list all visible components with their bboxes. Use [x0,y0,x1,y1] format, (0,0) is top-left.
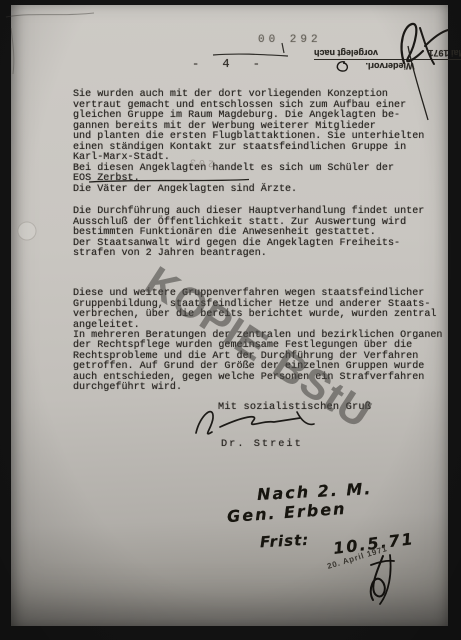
scanned-document: 00 292 - 4 - Wiedervorl. Mai 1971 vorgel… [0,0,461,640]
handwritten-note-line2: Gen. Erben [226,499,347,526]
resubmission-stamp-date: Mai 1971 [428,47,461,58]
resubmission-stamp: Wiedervorl. Mai 1971 vorgelegt nach [314,47,461,71]
handwritten-deadline-label: Frist: [260,531,310,552]
resubmission-stamp-label: vorgelegt nach [314,47,378,58]
paper-sheet: 00 292 - 4 - Wiedervorl. Mai 1971 vorgel… [11,5,448,626]
resubmission-stamp-line2: Mai 1971 vorgelegt nach [314,47,461,60]
paragraph-trial-conduct: Die Durchführung auch dieser Hauptverhan… [73,207,455,259]
archive-page-stamp: 00 292 [258,34,322,46]
resubmission-stamp-line1: Wiedervorl. [314,60,461,71]
page-number: - 4 - [192,57,268,71]
paragraph-magdeburg-group: Sie wurden auch mit der dort vorliegende… [73,90,455,195]
signer-name: Dr. Streit [221,438,303,450]
